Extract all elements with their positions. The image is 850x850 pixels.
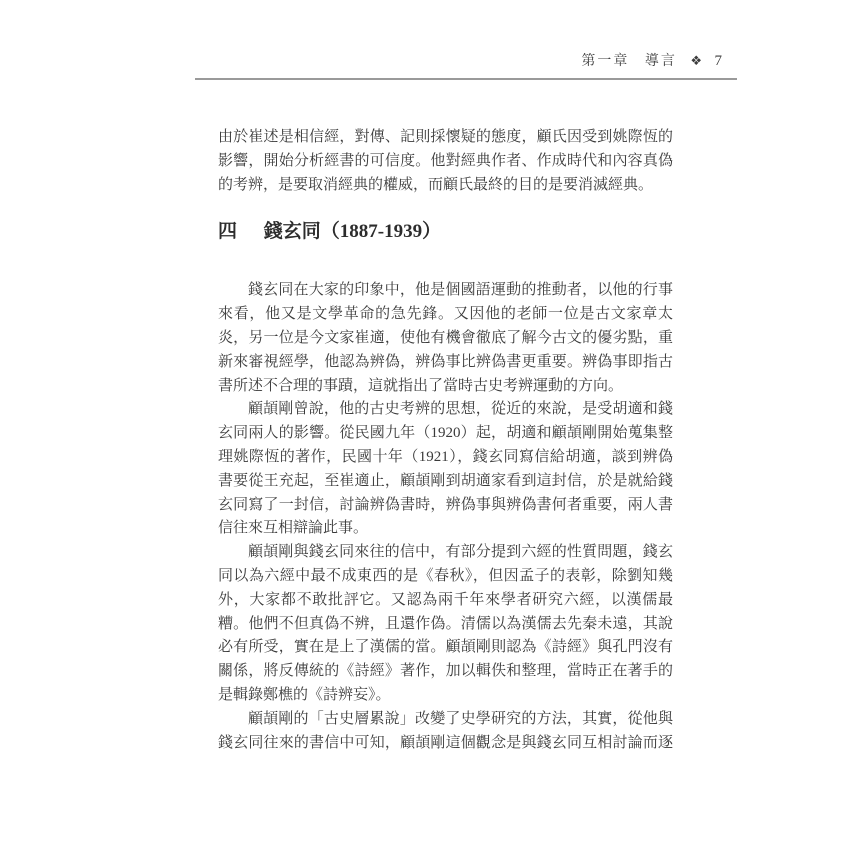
- paragraph: 錢玄同在大家的印象中，他是個國語運動的推動者，以他的行事 來看，他又是文學革命的…: [218, 279, 673, 398]
- text-line: 外，大家都不敢批評它。又認為兩千年來學者研究六經，以漢儒最: [218, 589, 673, 613]
- section-heading: 四 錢玄同（1887-1939）: [218, 219, 673, 245]
- text-line: 糟。他們不但真偽不辨，且還作偽。清儒以為漢儒去先秦未遠，其說: [218, 613, 673, 637]
- running-header: 第一章 導言 ❖ 7: [195, 50, 737, 80]
- text-line: 炎，另一位是今文家崔適，使他有機會徹底了解今古文的優劣點，重: [218, 327, 673, 351]
- text-line: 書要從王充起，至崔適止，顧頡剛到胡適家看到這封信，於是就給錢: [218, 470, 673, 494]
- text-line: 玄同兩人的影響。從民國九年（1920）起，胡適和顧頡剛開始蒐集整: [218, 422, 673, 446]
- text-line: 影響，開始分析經書的可信度。他對經典作者、作成時代和內容真偽: [218, 150, 673, 174]
- text-line: 顧頡剛與錢玄同來往的信中，有部分提到六經的性質問題，錢玄: [218, 541, 673, 565]
- text-line: 信往來互相辯論此事。: [218, 517, 673, 541]
- text-line: 顧頡剛的「古史層累說」改變了史學研究的方法，其實，從他與: [218, 708, 673, 732]
- text-line: 關係，將反傳統的《詩經》著作，加以輯佚和整理，當時正在著手的: [218, 660, 673, 684]
- text-line: 顧頡剛曾說，他的古史考辨的思想，從近的來說，是受胡適和錢: [218, 398, 673, 422]
- header-chapter: 第一章: [581, 54, 629, 69]
- text-line: 必有所受，實在是上了漢儒的當。顧頡剛則認為《詩經》與孔門沒有: [218, 636, 673, 660]
- paragraph: 由於崔述是相信經，對傳、記則採懷疑的態度，顧氏因受到姚際恆的 影響，開始分析經書…: [218, 126, 673, 197]
- diamond-ornament-icon: ❖: [690, 53, 704, 68]
- header-section-title: 導言: [645, 54, 677, 69]
- paragraph: 顧頡剛曾說，他的古史考辨的思想，從近的來說，是受胡適和錢 玄同兩人的影響。從民國…: [218, 398, 673, 541]
- text-line: 錢玄同在大家的印象中，他是個國語運動的推動者，以他的行事: [218, 279, 673, 303]
- book-page: 第一章 導言 ❖ 7 由於崔述是相信經，對傳、記則採懷疑的態度，顧氏因受到姚際恆…: [0, 0, 850, 850]
- section-number: 四: [218, 221, 237, 242]
- text-line: 由於崔述是相信經，對傳、記則採懷疑的態度，顧氏因受到姚際恆的: [218, 126, 673, 150]
- section-title: 錢玄同（1887-1939）: [264, 221, 441, 242]
- paragraph: 顧頡剛的「古史層累說」改變了史學研究的方法，其實，從他與 錢玄同往來的書信中可知…: [218, 708, 673, 756]
- text-line: 的考辨，是要取消經典的權威，而顧氏最終的目的是要消滅經典。: [218, 174, 673, 198]
- text-line: 是輯錄鄭樵的《詩辨妄》。: [218, 684, 673, 708]
- paragraph: 顧頡剛與錢玄同來往的信中，有部分提到六經的性質問題，錢玄 同以為六經中最不成東西…: [218, 541, 673, 708]
- page-number: 7: [715, 53, 723, 69]
- text-line: 書所述不合理的事蹟，這就指出了當時古史考辨運動的方向。: [218, 375, 673, 399]
- text-line: 新來審視經學，他認為辨偽，辨偽事比辨偽書更重要。辨偽事即指古: [218, 351, 673, 375]
- text-line: 來看，他又是文學革命的急先鋒。又因他的老師一位是古文家章太: [218, 303, 673, 327]
- text-line: 錢玄同往來的書信中可知，顧頡剛這個觀念是與錢玄同互相討論而逐: [218, 732, 673, 756]
- body-text-column: 由於崔述是相信經，對傳、記則採懷疑的態度，顧氏因受到姚際恆的 影響，開始分析經書…: [218, 126, 673, 755]
- text-line: 玄同寫了一封信，討論辨偽書時，辨偽事與辨偽書何者重要，兩人書: [218, 494, 673, 518]
- text-line: 同以為六經中最不成東西的是《春秋》，但因孟子的表彰，除劉知幾: [218, 565, 673, 589]
- text-line: 理姚際恆的著作，民國十年（1921），錢玄同寫信給胡適，談到辨偽: [218, 446, 673, 470]
